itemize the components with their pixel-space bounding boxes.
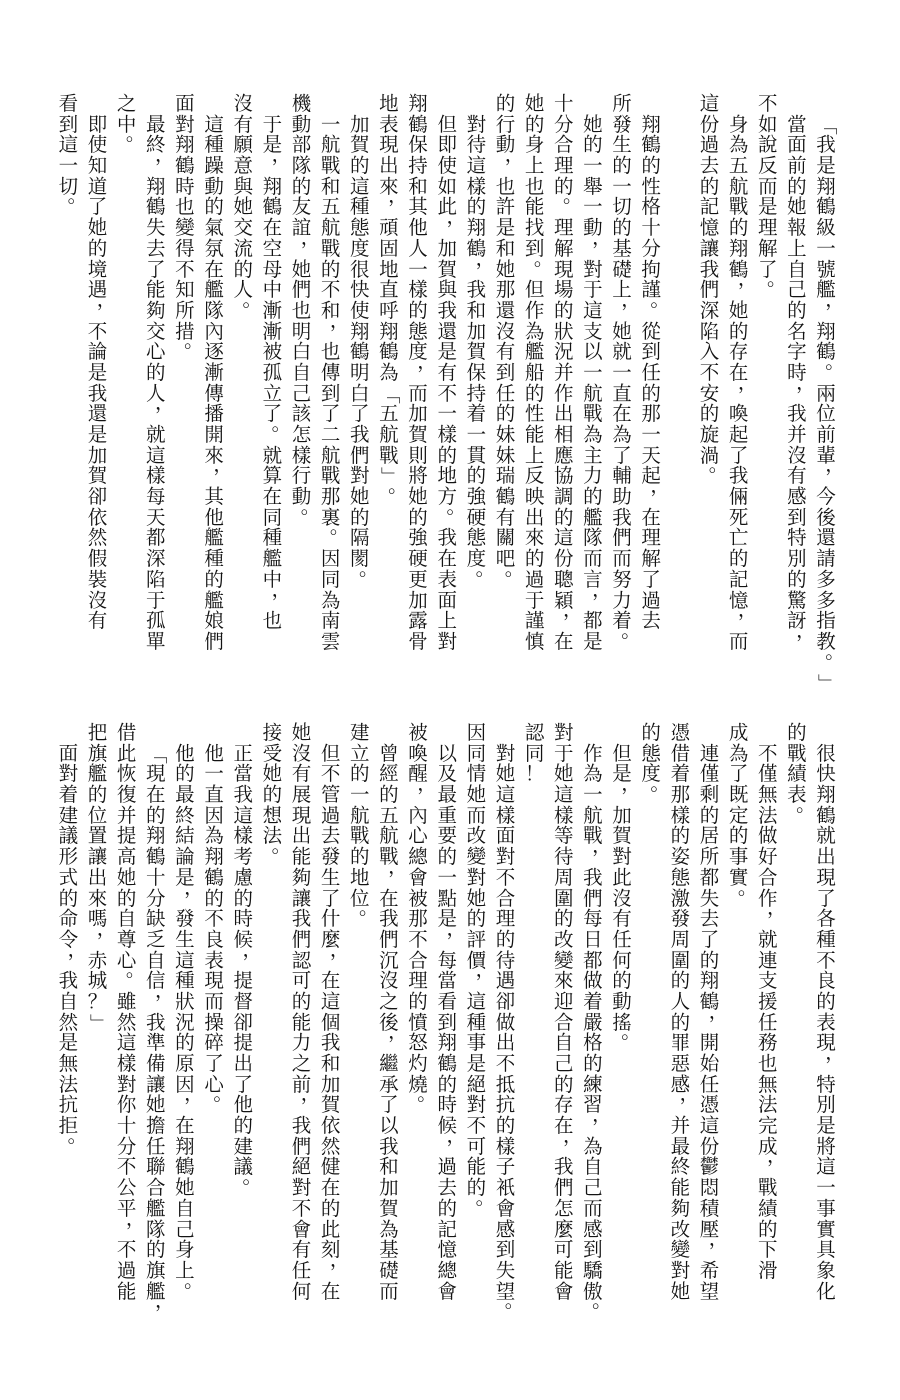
glyph: 十 [146,868,166,889]
glyph: 并 [787,425,807,446]
glyph: 出 [554,404,574,425]
glyph: 到 [58,115,78,136]
glyph: 我 [787,404,807,425]
glyph: 旋 [699,425,719,446]
glyph: ， [417,774,437,795]
glyph: 都 [146,528,166,549]
glyph: 沒 [495,322,515,343]
glyph: 能 [525,197,545,218]
glyph: ！ [525,764,545,785]
glyph: 還 [495,301,515,322]
glyph: 都 [699,868,719,889]
glyph: 援 [758,992,778,1013]
glyph: 結 [175,826,195,847]
glyph: 為 [729,744,749,765]
glyph: 任 [612,930,632,951]
glyph: 周 [670,930,690,951]
glyph: 重 [437,806,457,827]
glyph: 其 [408,197,428,218]
glyph: 。 [738,878,758,899]
glyph: 航 [583,806,603,827]
glyph: 地 [350,868,370,889]
glyph: 不 [495,868,515,889]
glyph: 種 [816,930,836,951]
text-column: 接受她的想法。 [258,723,287,868]
glyph: ， [184,1084,204,1105]
glyph: 我 [292,1116,312,1137]
glyph: 加 [88,446,108,467]
glyph: 惡 [670,1054,690,1075]
glyph: 有 [612,909,632,930]
glyph: 很 [816,744,836,765]
glyph: 缺 [146,909,166,930]
glyph: 關 [495,528,515,549]
glyph: 。 [592,1291,612,1312]
glyph: 對 [58,764,78,785]
glyph: 是 [88,363,108,384]
glyph: 自 [583,1157,603,1178]
glyph: 何 [292,1282,312,1303]
glyph: 賀 [612,826,632,847]
glyph: 。 [475,1188,495,1209]
glyph: 隊 [583,528,603,549]
glyph: 。 [708,455,728,476]
glyph: 助 [612,487,632,508]
glyph: 上 [787,239,807,260]
text-column: 「現在的翔鶴十分缺乏自信，我準備讓她擔任聯合艦隊的旗艦， [141,723,170,1323]
glyph: 道 [88,177,108,198]
text-column: 這份過去的記憶讓我們深陷入不安的旋渦。 [695,94,724,487]
glyph: ， [388,857,408,878]
glyph: 為 [612,425,632,446]
glyph: 直 [612,384,632,405]
glyph: 分 [117,1137,137,1158]
text-column: 地表現出來，頑固地直呼翔鶴為「五航戰」。 [374,94,403,508]
glyph: 她 [350,487,370,508]
glyph: 我 [466,280,486,301]
glyph: 的 [204,570,224,591]
glyph: 建 [233,1137,253,1158]
glyph: 認 [292,951,312,972]
glyph: 僅 [699,764,719,785]
glyph: 會 [495,1199,515,1220]
glyph: 的 [495,930,515,951]
glyph: 的 [729,218,749,239]
glyph: 對 [175,115,195,136]
glyph: 他 [204,508,224,529]
glyph: 加 [466,322,486,343]
glyph: 表 [437,570,457,591]
glyph: 就 [262,446,282,467]
glyph: 況 [554,342,574,363]
glyph: 在 [641,508,661,529]
glyph: 身 [175,1240,195,1261]
glyph: 逐 [204,342,224,363]
glyph: 也 [525,177,545,198]
glyph: 為 [379,1220,399,1241]
glyph: 更 [408,570,428,591]
glyph: 則 [408,446,428,467]
glyph: 每 [437,951,457,972]
glyph: 出 [816,847,836,868]
glyph: 的 [641,384,661,405]
glyph: 。 [825,352,845,373]
glyph: 記 [729,570,749,591]
glyph: 過 [117,1261,137,1282]
glyph: 而 [729,632,749,653]
glyph: 在 [321,971,341,992]
glyph: 們 [583,889,603,910]
glyph: ， [155,393,175,414]
glyph: 作 [554,384,574,405]
glyph: 并 [670,1116,690,1137]
glyph: 。 [446,497,466,518]
glyph: ， [388,186,408,207]
glyph: 天 [146,508,166,529]
glyph: ， [475,249,495,270]
glyph: 健 [321,1157,341,1178]
glyph: 的 [146,363,166,384]
glyph: 翔 [466,218,486,239]
glyph: 航 [321,135,341,156]
glyph: 她 [525,94,545,115]
glyph: 望 [699,1282,719,1303]
glyph: 狀 [554,322,574,343]
glyph: 當 [437,971,457,992]
glyph: 種 [262,528,282,549]
glyph: 的 [729,549,749,570]
glyph: 和 [495,239,515,260]
glyph: 戰 [321,239,341,260]
text-column: 當面前的她報上自己的名字時，我并沒有感到特別的驚訝， [782,94,811,653]
glyph: 她 [495,260,515,281]
glyph: 無 [758,785,778,806]
glyph: 面 [495,826,515,847]
glyph: 了 [729,446,749,467]
glyph: 做 [758,826,778,847]
glyph: 合 [554,1013,574,1034]
glyph: 以 [583,342,603,363]
glyph: 一 [437,868,457,889]
glyph: 入 [699,342,719,363]
glyph: 城 [88,971,108,992]
glyph: 行 [292,466,312,487]
glyph: 議 [58,826,78,847]
glyph: 這 [554,528,574,549]
glyph: 出 [525,508,545,529]
glyph: 當 [233,764,253,785]
text-column: 最終，翔鶴失去了能夠交心的人，就這樣每天都深陷于孤單 [141,94,170,653]
glyph: 有 [233,115,253,136]
glyph: 的 [554,1075,574,1096]
glyph: 績 [758,1199,778,1220]
glyph: 如 [758,115,778,136]
glyph: ， [97,290,117,311]
glyph: 依 [88,508,108,529]
glyph: 成 [729,723,749,744]
glyph: 時 [175,177,195,198]
glyph: 前 [787,156,807,177]
glyph: 應 [554,446,574,467]
glyph: 個 [321,1013,341,1034]
glyph: 看 [437,992,457,1013]
glyph: 深 [699,301,719,322]
glyph: 為 [525,322,545,343]
glyph: 翔 [350,322,370,343]
glyph: 加 [379,1178,399,1199]
glyph: 她 [495,764,515,785]
glyph: 戰 [729,197,749,218]
glyph: 和 [321,1054,341,1075]
glyph: 她 [146,1095,166,1116]
glyph: ， [767,1146,787,1167]
glyph: 既 [729,785,749,806]
text-column: 沒有願意與她交流的人。 [229,94,258,322]
glyph: 一 [58,156,78,177]
glyph: 。 [504,559,524,580]
glyph: 度 [350,239,370,260]
glyph: 等 [554,826,574,847]
glyph: 接 [262,723,282,744]
glyph: 恢 [117,764,137,785]
glyph: 兩 [816,384,836,405]
glyph: 積 [699,1199,719,1220]
glyph: 情 [466,764,486,785]
glyph: 的 [699,951,719,972]
glyph: 不 [117,1240,137,1261]
glyph: 鶴 [408,115,428,136]
glyph: 出 [292,826,312,847]
glyph: 績 [787,764,807,785]
glyph: 的 [408,992,428,1013]
glyph: 在 [612,404,632,425]
glyph: 讓 [699,239,719,260]
glyph: 她 [262,764,282,785]
glyph: 樣 [670,806,690,827]
glyph: 能 [670,1178,690,1199]
glyph: 而 [583,1199,603,1220]
glyph: 名 [787,322,807,343]
glyph: 我 [321,1033,341,1054]
glyph: 艦 [204,528,224,549]
glyph: 的 [466,466,486,487]
glyph: 的 [729,826,749,847]
glyph: 失 [699,889,719,910]
glyph: 感 [583,1220,603,1241]
glyph: 對 [612,847,632,868]
glyph: 前 [816,425,836,446]
glyph: 。 [301,497,321,518]
glyph: 對 [495,847,515,868]
glyph: 都 [583,951,603,972]
glyph: 能 [292,847,312,868]
glyph: 如 [437,177,457,198]
glyph: 到 [495,1240,515,1261]
glyph: 種 [204,549,224,570]
glyph: 上 [525,156,545,177]
glyph: 的 [583,1054,603,1075]
glyph: 傳 [204,384,224,405]
glyph: 們 [554,1178,574,1199]
glyph: 不 [699,363,719,384]
glyph: 過 [699,135,719,156]
glyph: 每 [583,909,603,930]
glyph: 們 [292,1137,312,1158]
glyph: 她 [466,889,486,910]
glyph: 在 [175,1116,195,1137]
glyph: 請 [816,549,836,570]
glyph: 白 [350,384,370,405]
glyph: 待 [466,135,486,156]
glyph: 失 [495,1261,515,1282]
glyph: 即 [437,135,457,156]
glyph: 份 [699,115,719,136]
glyph: 但 [321,744,341,765]
glyph: 鶴 [175,156,195,177]
glyph: 感 [787,487,807,508]
glyph: 使 [88,135,108,156]
glyph: 謹 [525,611,545,632]
glyph: 一 [612,363,632,384]
glyph: ， [330,1250,350,1271]
text-column: 把旗艦的位置讓出來嗎，赤城？」 [83,723,112,1033]
glyph: 我 [58,971,78,992]
glyph: 這 [175,951,195,972]
glyph: ， [67,940,87,961]
glyph: 去 [146,239,166,260]
glyph: 好 [758,847,778,868]
glyph: 開 [699,1033,719,1054]
glyph: 一 [437,404,457,425]
glyph: 終 [175,806,195,827]
glyph: 。 [475,559,495,580]
glyph: 能 [117,1282,137,1303]
glyph: 分 [641,239,661,260]
glyph: 指 [816,611,836,632]
glyph: 他 [233,1095,253,1116]
glyph: 夠 [670,1199,690,1220]
glyph: 的 [699,806,719,827]
glyph: 能 [525,425,545,446]
glyph: 該 [292,404,312,425]
glyph: 「 [816,115,837,135]
glyph: 喚 [408,744,428,765]
glyph: 種 [350,197,370,218]
glyph: 己 [175,1220,195,1241]
glyph: 一 [612,177,632,198]
glyph: 這 [466,992,486,1013]
glyph: 法 [758,1095,778,1116]
glyph: 十 [554,94,574,115]
glyph: 加 [408,591,428,612]
glyph: 到 [787,508,807,529]
glyph: 戰 [321,156,341,177]
glyph: 自 [554,1033,574,1054]
glyph: 們 [204,632,224,653]
glyph: 格 [583,1033,603,1054]
glyph: 的 [612,971,632,992]
glyph: 自 [787,260,807,281]
glyph: 絕 [466,1075,486,1096]
glyph: 有 [88,611,108,632]
glyph: 備 [146,1054,166,1075]
glyph: 瑞 [495,466,515,487]
glyph: 頑 [379,218,399,239]
glyph: 事 [466,1033,486,1054]
glyph: 隊 [204,301,224,322]
glyph: 。 [621,1022,641,1043]
glyph: 的 [670,971,690,992]
glyph: 的 [262,785,282,806]
glyph: 各 [816,909,836,930]
glyph: 漸 [204,363,224,384]
glyph: 為 [583,1137,603,1158]
glyph: 航 [350,806,370,827]
glyph: 翔 [175,135,195,156]
glyph: 任 [495,384,515,405]
glyph: 被 [408,889,428,910]
glyph: 加 [612,806,632,827]
glyph: 展 [292,785,312,806]
glyph: 的 [88,239,108,260]
glyph: 的 [612,218,632,239]
glyph: 讓 [146,1075,166,1096]
glyph: 賀 [379,1199,399,1220]
glyph: 隊 [146,1220,166,1241]
glyph: 憤 [408,1013,428,1034]
glyph: 從 [641,322,661,343]
glyph: 們 [292,930,312,951]
glyph: 字 [787,342,807,363]
glyph: 我 [612,508,632,529]
glyph: 樣 [408,280,428,301]
glyph: 行 [495,115,515,136]
glyph: 面 [175,94,195,115]
glyph: 基 [612,239,632,260]
glyph: 旗 [146,1261,166,1282]
glyph: ？ [88,992,108,1013]
text-column: 憑借着那樣的姿態激發周圍的人的罪惡感，并最終能夠改變對她 [666,723,695,1302]
glyph: 被 [262,342,282,363]
glyph: 態 [350,218,370,239]
glyph: 心 [408,826,428,847]
glyph: 倆 [729,487,749,508]
glyph: 圍 [670,951,690,972]
glyph: 。 [184,331,204,352]
glyph: 鶴 [816,197,836,218]
glyph: 對 [554,723,574,744]
glyph: 我 [554,1157,574,1178]
glyph: 我 [379,909,399,930]
glyph: 鬱 [699,1157,719,1178]
glyph: 命 [58,909,78,930]
glyph: 。 [563,186,583,207]
glyph: 同 [262,508,282,529]
glyph: 將 [408,466,428,487]
glyph: 就 [612,342,632,363]
glyph: 迎 [554,992,574,1013]
glyph: 然 [321,1137,341,1158]
glyph: 那 [641,404,661,425]
glyph: ， [301,1084,321,1105]
glyph: 五 [379,806,399,827]
glyph: 樣 [233,826,253,847]
text-column: 借此恢復并提高她的自尊心。雖然這樣對你十分不公平，不過能 [112,723,141,1302]
glyph: 有 [495,342,515,363]
glyph: 呼 [379,301,399,322]
glyph: 持 [408,156,428,177]
glyph: 這 [350,177,370,198]
